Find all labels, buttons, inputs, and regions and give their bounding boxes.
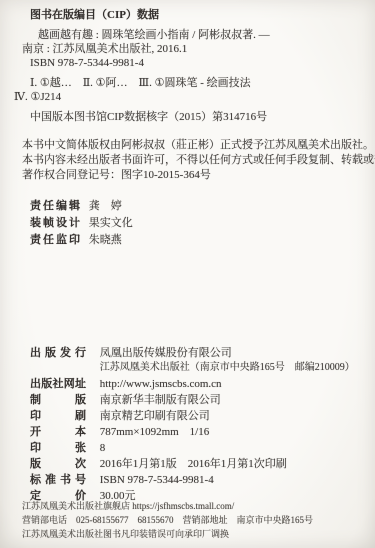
staff-role-label: 责任编辑: [30, 199, 80, 213]
pub-row-platemaking: 制版 南京新华丰制版有限公司: [30, 393, 360, 407]
rights-statement-line2: 本书内容未经出版者书面许可，不得以任何方式或任何手段复制、转载或刊登。: [22, 153, 375, 167]
staff-role-value: 果实文化: [89, 217, 133, 229]
staff-row-print-supervisor: 责任监印 朱晓燕: [30, 233, 133, 247]
pub-label: 印刷: [30, 409, 86, 423]
cip-classification-line2: Ⅳ. ①J214: [14, 90, 61, 104]
cip-isbn-line: ISBN 978-7-5344-9981-4: [30, 56, 144, 70]
cip-heading: 图书在版编目（CIP）数据: [30, 8, 159, 22]
footer-misprint-exchange-note: 江苏凤凰美术出版社图书凡印装错误可向承印厂调换: [22, 528, 313, 540]
footer-flagship-store: 江苏凤凰美术出版社旗舰店 https://jsfhmscbs.tmall.com…: [22, 500, 313, 512]
pub-row-printing: 印刷 南京精艺印刷有限公司: [30, 409, 360, 423]
staff-role-label: 责任监印: [30, 233, 80, 247]
staff-row-designer: 装帧设计 果实文化: [30, 216, 133, 230]
pub-value: 8: [100, 441, 106, 455]
pub-row-format: 开本 787mm×1092mm 1/16: [30, 425, 360, 439]
copyright-page: 图书在版编目（CIP）数据 越画越有趣 : 圆珠笔绘画小指南 / 阿彬叔叔著. …: [0, 0, 375, 548]
staff-role-value: 朱晓燕: [89, 234, 122, 246]
staff-credits: 责任编辑 龚 婷 装帧设计 果实文化 责任监印 朱晓燕: [30, 199, 133, 250]
pub-row-isbn: 标准书号 ISBN 978-7-5344-9981-4: [30, 473, 360, 487]
publishing-info: 出版发行 凤凰出版传媒股份有限公司 江苏凤凰美术出版社（南京市中央路165号 邮…: [30, 346, 360, 505]
cip-classification-line1: Ⅰ. ①越… Ⅱ. ①阿… Ⅲ. ①圆珠笔 - 绘画技法: [30, 76, 251, 90]
pub-label: 印张: [30, 441, 86, 455]
pub-value: 787mm×1092mm 1/16: [100, 425, 209, 439]
rights-statement-line1: 本书中文简体版权由阿彬叔叔（莊正彬）正式授予江苏凤凰美术出版社。: [22, 138, 374, 152]
pub-row-website: 出版社网址 http://www.jsmscbs.com.cn: [30, 377, 360, 391]
staff-role-label: 装帧设计: [30, 216, 80, 230]
pub-value: 凤凰出版传媒股份有限公司 江苏凤凰美术出版社（南京市中央路165号 邮编2100…: [100, 346, 355, 375]
footer-notes: 江苏凤凰美术出版社旗舰店 https://jsfhmscbs.tmall.com…: [22, 500, 313, 542]
footer-marketing-contact: 营销部电话 025-68155677 68155670 营销部地址 南京市中央路…: [22, 514, 313, 526]
pub-row-publisher: 出版发行 凤凰出版传媒股份有限公司 江苏凤凰美术出版社（南京市中央路165号 邮…: [30, 346, 360, 375]
pub-label: 制版: [30, 393, 86, 407]
cip-title-line2: 南京 : 江苏凤凰美术出版社, 2016.1: [22, 42, 187, 56]
pub-row-edition: 版次 2016年1月第1版 2016年1月第1次印刷: [30, 457, 360, 471]
pub-label: 出版发行: [30, 346, 86, 360]
pub-value: ISBN 978-7-5344-9981-4: [100, 473, 214, 487]
pub-value: 南京精艺印刷有限公司: [100, 409, 210, 423]
pub-value: 2016年1月第1版 2016年1月第1次印刷: [100, 457, 287, 471]
cip-title-line1: 越画越有趣 : 圆珠笔绘画小指南 / 阿彬叔叔著. —: [38, 28, 270, 42]
pub-label: 出版社网址: [30, 377, 86, 391]
staff-role-value: 龚 婷: [89, 200, 122, 212]
publisher-address: 江苏凤凰美术出版社（南京市中央路165号 邮编210009）: [100, 362, 355, 373]
cip-record-number: 中国版本图书馆CIP数据核字（2015）第314716号: [30, 110, 267, 124]
pub-label: 开本: [30, 425, 86, 439]
pub-value: 南京新华丰制版有限公司: [100, 393, 221, 407]
pub-label: 版次: [30, 457, 86, 471]
publisher-website-url: http://www.jsmscbs.com.cn: [100, 377, 222, 391]
pub-label: 标准书号: [30, 473, 86, 487]
publisher-name: 凤凰出版传媒股份有限公司: [100, 347, 232, 359]
rights-registration-number: 著作权合同登记号：图字10-2015-364号: [22, 168, 211, 182]
staff-row-editor: 责任编辑 龚 婷: [30, 199, 133, 213]
pub-row-sheets: 印张 8: [30, 441, 360, 455]
